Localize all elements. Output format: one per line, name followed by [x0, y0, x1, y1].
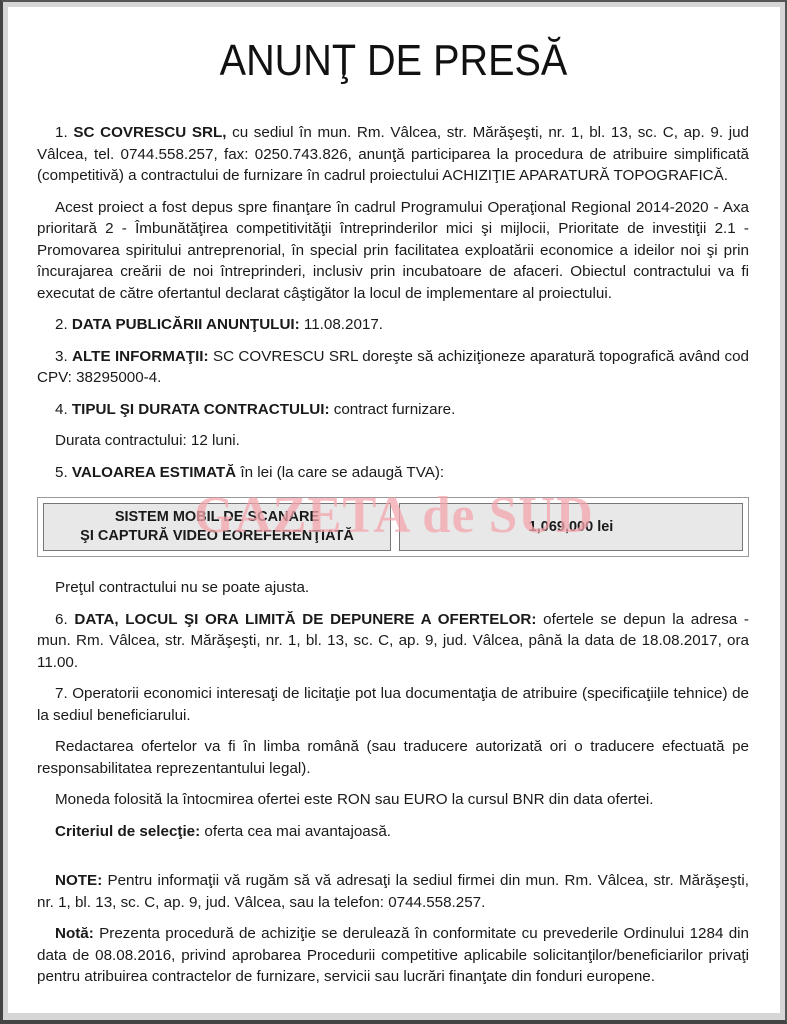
language-note: Redactarea ofertelor va fi în limba româ… [37, 736, 749, 779]
section-6: 6. DATA, LOCUL ŞI ORA LIMITĂ DE DEPUNERE… [37, 609, 749, 674]
section-2: 2. DATA PUBLICĂRII ANUNŢULUI: 11.08.2017… [37, 314, 749, 336]
legal-note: Notă: Prezenta procedură de achiziţie se… [37, 923, 749, 988]
project-description: Acest proiect a fost depus spre finanţar… [37, 197, 749, 305]
section-1: 1. SC COVRESCU SRL, cu sediul în mun. Rm… [37, 122, 749, 187]
publication-date: 11.08.2017. [300, 316, 383, 333]
estimated-value-table: SISTEM MOBIL DE SCANARE ŞI CAPTURĂ VIDEO… [37, 497, 749, 557]
selection-criterion: Criteriul de selecţie: oferta cea mai av… [37, 821, 749, 843]
section-5: 5. VALOAREA ESTIMATĂ în lei (la care se … [37, 462, 749, 484]
currency-note: Moneda folosită la întocmirea ofertei es… [37, 789, 749, 811]
page-title: ANUNŢ DE PRESĂ [39, 36, 747, 86]
price-note: Preţul contractului nu se poate ajusta. [37, 577, 749, 599]
table-item-cell: SISTEM MOBIL DE SCANARE ŞI CAPTURĂ VIDEO… [43, 503, 391, 551]
contract-duration: Durata contractului: 12 luni. [37, 430, 749, 452]
section-3: 3. ALTE INFORMAŢII: SC COVRESCU SRL dore… [37, 346, 749, 389]
section-7: 7. Operatorii economici interesaţi de li… [37, 683, 749, 726]
table-value-cell: 1,069,000 lei [399, 503, 743, 551]
company-name: SC COVRESCU SRL, [73, 124, 226, 141]
announcement-body: 1. SC COVRESCU SRL, cu sediul în mun. Rm… [37, 122, 749, 998]
contact-note: NOTE: Pentru informaţii vă rugăm să vă a… [37, 870, 749, 913]
section-4: 4. TIPUL ŞI DURATA CONTRACTULUI: contrac… [37, 399, 749, 421]
